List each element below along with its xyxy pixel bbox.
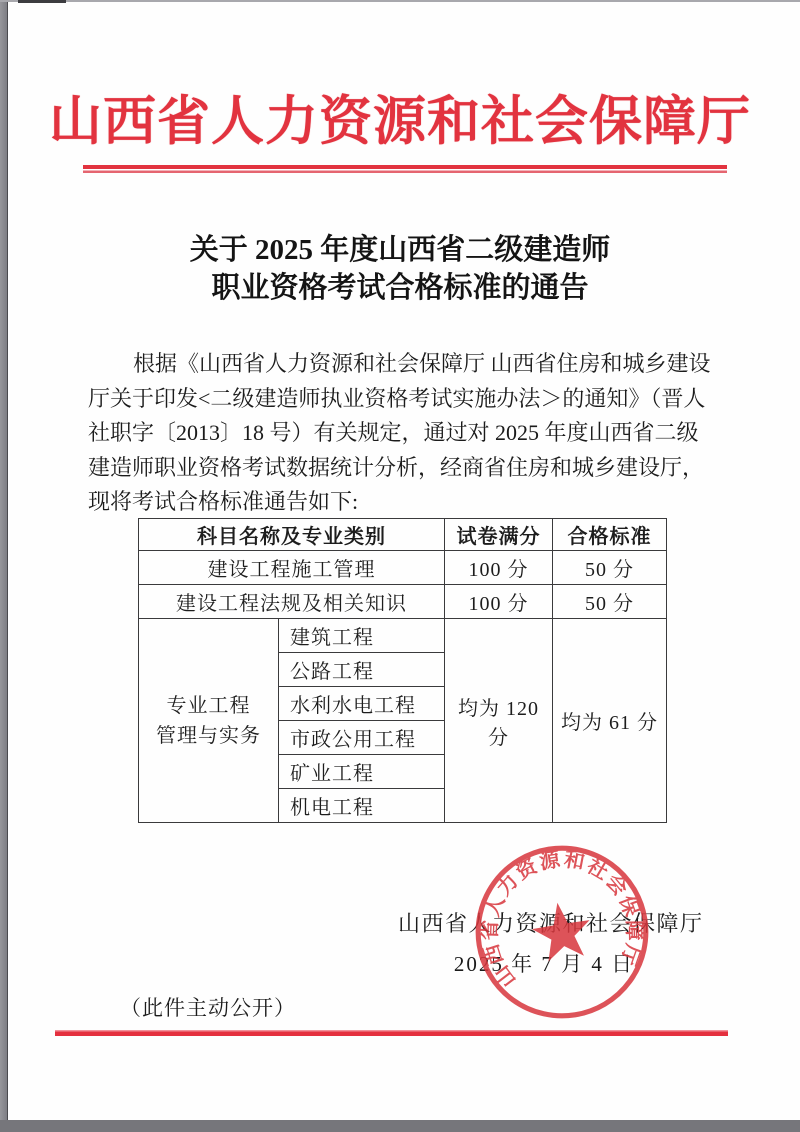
signature-date: 2025 年 7 月 4 日 bbox=[398, 948, 690, 978]
specialty-cell: 水利水电工程 bbox=[279, 687, 445, 721]
letterhead-divider-rule bbox=[83, 165, 727, 173]
col-header-full-score: 试卷满分 bbox=[445, 519, 553, 551]
document-title: 关于 2025 年度山西省二级建造师 职业资格考试合格标准的通告 bbox=[60, 231, 740, 307]
body-line: 建造师职业资格考试数据统计分析，经商省住房和城乡建设厅， bbox=[88, 451, 730, 486]
practice-pass-score-cell: 均为 61 分 bbox=[553, 619, 667, 823]
table-row: 建设工程法规及相关知识 100 分 50 分 bbox=[139, 585, 667, 619]
letterhead-agency-name: 山西省人力资源和社会保障厅 bbox=[40, 84, 760, 160]
table-row: 建设工程施工管理 100 分 50 分 bbox=[139, 551, 667, 585]
document-title-line1: 关于 2025 年度山西省二级建造师 bbox=[60, 231, 740, 269]
disclosure-note: （此件主动公开） bbox=[120, 992, 296, 1022]
footer-divider-rule bbox=[55, 1030, 728, 1036]
scan-edge-bottom bbox=[0, 1120, 800, 1132]
passing-standard-table: 科目名称及专业类别 试卷满分 合格标准 建设工程施工管理 100 分 50 分 … bbox=[138, 518, 667, 823]
signature-agency-name: 山西省人力资源和社会保障厅 bbox=[398, 907, 704, 938]
full-score-cell: 100 分 bbox=[445, 585, 553, 619]
specialty-cell: 机电工程 bbox=[279, 789, 445, 823]
scan-edge-left bbox=[0, 0, 8, 1132]
col-header-subject: 科目名称及专业类别 bbox=[139, 519, 445, 551]
scan-edge-top-mark bbox=[18, 0, 66, 3]
body-line: 现将考试合格标准通告如下: bbox=[88, 485, 730, 520]
subject-cell: 建设工程施工管理 bbox=[139, 551, 445, 585]
subject-cell: 建设工程法规及相关知识 bbox=[139, 585, 445, 619]
scan-edge-top bbox=[0, 0, 800, 2]
practice-subject-line2: 管理与实务 bbox=[139, 721, 278, 751]
body-line: 根据《山西省人力资源和社会保障厅 山西省住房和城乡建设 bbox=[88, 347, 730, 382]
body-line: 社职字〔2013〕18 号）有关规定，通过对 2025 年度山西省二级 bbox=[88, 416, 730, 451]
specialty-cell: 矿业工程 bbox=[279, 755, 445, 789]
table-row: 专业工程 管理与实务 建筑工程 均为 120 分 均为 61 分 bbox=[139, 619, 667, 653]
document-title-line2: 职业资格考试合格标准的通告 bbox=[60, 269, 740, 307]
specialty-cell: 建筑工程 bbox=[279, 619, 445, 653]
pass-score-cell: 50 分 bbox=[553, 551, 667, 585]
practice-full-score-cell: 均为 120 分 bbox=[445, 619, 553, 823]
body-paragraph: 根据《山西省人力资源和社会保障厅 山西省住房和城乡建设 厅关于印发<二级建造师执… bbox=[88, 347, 730, 520]
table-header-row: 科目名称及专业类别 试卷满分 合格标准 bbox=[139, 519, 667, 551]
document-page: 山西省人力资源和社会保障厅 关于 2025 年度山西省二级建造师 职业资格考试合… bbox=[0, 0, 800, 1132]
pass-score-cell: 50 分 bbox=[553, 585, 667, 619]
body-line: 厅关于印发<二级建造师执业资格考试实施办法＞的通知》（晋人 bbox=[88, 382, 730, 417]
specialty-cell: 市政公用工程 bbox=[279, 721, 445, 755]
full-score-cell: 100 分 bbox=[445, 551, 553, 585]
col-header-pass-standard: 合格标准 bbox=[553, 519, 667, 551]
practice-subject-cell: 专业工程 管理与实务 bbox=[139, 619, 279, 823]
specialty-cell: 公路工程 bbox=[279, 653, 445, 687]
practice-subject-line1: 专业工程 bbox=[139, 691, 278, 721]
